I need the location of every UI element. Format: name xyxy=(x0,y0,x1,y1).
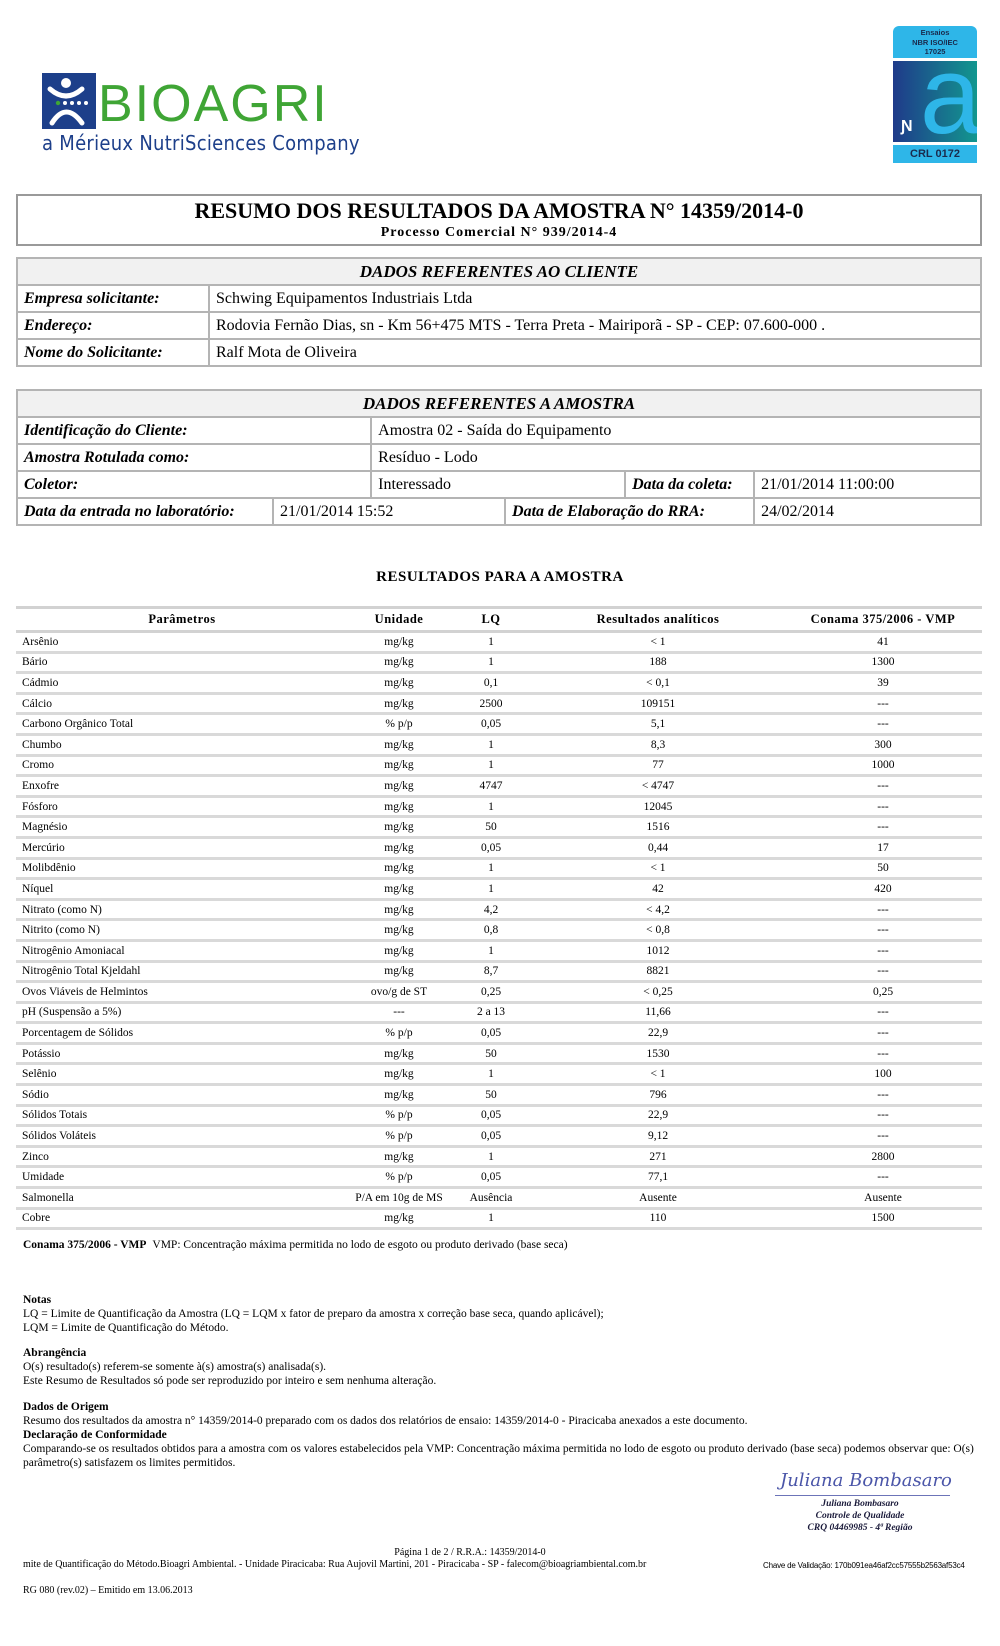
cell-param: Sódio xyxy=(16,1085,348,1106)
signature-line xyxy=(775,1495,950,1496)
cell-param: Cádmio xyxy=(16,673,348,694)
cell-vmp: --- xyxy=(784,1085,982,1106)
cell-param: Porcentagem de Sólidos xyxy=(16,1023,348,1044)
cell-param: Salmonella xyxy=(16,1188,348,1209)
cell-param: Mercúrio xyxy=(16,837,348,858)
results-table: Parâmetros Unidade LQ Resultados analíti… xyxy=(16,606,982,1230)
cell-result: 1012 xyxy=(532,940,784,961)
cell-param: Nitrogênio Total Kjeldahl xyxy=(16,961,348,982)
cell-vmp: --- xyxy=(784,714,982,735)
badge-header: Ensaios NBR ISO/IEC 17025 xyxy=(893,26,977,58)
cell-unit: mg/kg xyxy=(348,1043,450,1064)
cell-unit: mg/kg xyxy=(348,1064,450,1085)
col-unit: Unidade xyxy=(348,608,450,632)
cell-unit: mg/kg xyxy=(348,632,450,653)
note-line: LQ = Limite de Quantificação da Amostra … xyxy=(23,1307,604,1321)
cell-vmp: --- xyxy=(784,796,982,817)
cell-unit: mg/kg xyxy=(348,940,450,961)
cell-result: 1516 xyxy=(532,817,784,838)
cell-param: Nitrogênio Amoniacal xyxy=(16,940,348,961)
cell-unit: mg/kg xyxy=(348,673,450,694)
cell-result: Ausente xyxy=(532,1188,784,1209)
table-row: Magnésiomg/kg501516--- xyxy=(16,817,982,838)
origin-title: Dados de Origem xyxy=(23,1400,978,1414)
collector-value: Interessado xyxy=(371,471,625,498)
cell-lq: 2500 xyxy=(450,693,532,714)
cell-unit: % p/p xyxy=(348,1105,450,1126)
form-code: RG 080 (rev.02) – Emitido em 13.06.2013 xyxy=(23,1585,193,1596)
cell-unit: % p/p xyxy=(348,1126,450,1147)
cell-vmp: --- xyxy=(784,961,982,982)
client-data-heading: DADOS REFERENTES AO CLIENTE xyxy=(17,258,981,285)
cell-result: < 0,25 xyxy=(532,982,784,1003)
cell-vmp: --- xyxy=(784,899,982,920)
col-conama: Conama 375/2006 - VMP xyxy=(784,608,982,632)
table-row: Nitrato (como N)mg/kg4,2< 4,2--- xyxy=(16,899,982,920)
cell-result: 22,9 xyxy=(532,1023,784,1044)
signatory-registration: CRQ 04469985 - 4ª Região xyxy=(785,1522,935,1534)
table-row: Zincomg/kg12712800 xyxy=(16,1146,982,1167)
labeled-as-label: Amostra Rotulada como: xyxy=(17,444,371,471)
cell-unit: mg/kg xyxy=(348,776,450,797)
cell-vmp: --- xyxy=(784,776,982,797)
table-row: Selêniomg/kg1< 1100 xyxy=(16,1064,982,1085)
cell-lq: 1 xyxy=(450,632,532,653)
cell-param: Cromo xyxy=(16,755,348,776)
cell-result: 0,44 xyxy=(532,837,784,858)
address-label: Endereço: xyxy=(17,312,209,339)
cell-vmp: --- xyxy=(784,1167,982,1188)
cell-result: < 1 xyxy=(532,858,784,879)
report-title-box: RESUMO DOS RESULTADOS DA AMOSTRA N° 1435… xyxy=(16,194,982,246)
cell-vmp: 50 xyxy=(784,858,982,879)
signatory-name: Juliana Bombasaro xyxy=(785,1498,935,1510)
scope-line: O(s) resultado(s) referem-se somente à(s… xyxy=(23,1360,436,1374)
cell-param: pH (Suspensão a 5%) xyxy=(16,1002,348,1023)
cell-param: Carbono Orgânico Total xyxy=(16,714,348,735)
inmetro-a-icon: a Ɲ xyxy=(893,61,977,142)
cell-result: 110 xyxy=(532,1208,784,1229)
cell-unit: mg/kg xyxy=(348,837,450,858)
badge-code: CRL 0172 xyxy=(893,145,977,163)
table-row: Chumbomg/kg18,3300 xyxy=(16,734,982,755)
note-line: LQM = Limite de Quantificação do Método. xyxy=(23,1321,604,1335)
lab-entry-value: 21/01/2014 15:52 xyxy=(273,498,505,525)
cell-vmp: --- xyxy=(784,1023,982,1044)
cell-lq: 0,05 xyxy=(450,1126,532,1147)
table-row: SalmonellaP/A em 10g de MSAusênciaAusent… xyxy=(16,1188,982,1209)
collector-label: Coletor: xyxy=(17,471,371,498)
cell-unit: mg/kg xyxy=(348,1085,450,1106)
cell-vmp: 39 xyxy=(784,673,982,694)
cell-unit: mg/kg xyxy=(348,1208,450,1229)
conformity-text: Comparando-se os resultados obtidos para… xyxy=(23,1442,978,1470)
cell-result: 42 xyxy=(532,879,784,900)
scope-section: Abrangência O(s) resultado(s) referem-se… xyxy=(23,1346,436,1388)
cell-param: Enxofre xyxy=(16,776,348,797)
cell-param: Nitrato (como N) xyxy=(16,899,348,920)
cell-vmp: --- xyxy=(784,1002,982,1023)
cell-param: Ovos Viáveis de Helmintos xyxy=(16,982,348,1003)
col-parameters: Parâmetros xyxy=(16,608,348,632)
cell-vmp: 1500 xyxy=(784,1208,982,1229)
legend-term: Conama 375/2006 - VMP xyxy=(23,1239,146,1251)
labeled-as-value: Resíduo - Lodo xyxy=(371,444,981,471)
cell-lq: 1 xyxy=(450,755,532,776)
table-row: Nitrogênio Amoniacalmg/kg11012--- xyxy=(16,940,982,961)
cell-param: Cobre xyxy=(16,1208,348,1229)
table-row: Cálciomg/kg2500109151--- xyxy=(16,693,982,714)
cell-lq: 0,05 xyxy=(450,1167,532,1188)
inmetro-n-icon: Ɲ xyxy=(901,118,913,136)
table-row: Cobremg/kg11101500 xyxy=(16,1208,982,1229)
cell-result: 8821 xyxy=(532,961,784,982)
collection-date-label: Data da coleta: xyxy=(625,471,754,498)
cell-result: 77,1 xyxy=(532,1167,784,1188)
cell-unit: P/A em 10g de MS xyxy=(348,1188,450,1209)
cell-unit: --- xyxy=(348,1002,450,1023)
sample-data-heading: DADOS REFERENTES A AMOSTRA xyxy=(17,390,981,417)
cell-unit: mg/kg xyxy=(348,879,450,900)
origin-text: Resumo dos resultados da amostra n° 1435… xyxy=(23,1414,978,1428)
commercial-process: Processo Comercial N° 939/2014-4 xyxy=(18,224,980,242)
cell-vmp: --- xyxy=(784,1043,982,1064)
table-row: Cádmiomg/kg0,1< 0,139 xyxy=(16,673,982,694)
cell-vmp: --- xyxy=(784,920,982,941)
table-row: Ovos Viáveis de Helmintosovo/g de ST0,25… xyxy=(16,982,982,1003)
origin-section: Dados de Origem Resumo dos resultados da… xyxy=(23,1400,978,1470)
table-row: Umidade% p/p0,0577,1--- xyxy=(16,1167,982,1188)
cell-vmp: --- xyxy=(784,1105,982,1126)
table-row: Nitrogênio Total Kjeldahlmg/kg8,78821--- xyxy=(16,961,982,982)
cell-unit: mg/kg xyxy=(348,920,450,941)
cell-vmp: 0,25 xyxy=(784,982,982,1003)
cell-vmp: 420 xyxy=(784,879,982,900)
address-value: Rodovia Fernão Dias, sn - Km 56+475 MTS … xyxy=(209,312,981,339)
handwritten-signature: Juliana Bombasaro xyxy=(780,1470,952,1491)
cell-result: 12045 xyxy=(532,796,784,817)
cell-vmp: --- xyxy=(784,817,982,838)
table-row: Sólidos Voláteis% p/p0,059,12--- xyxy=(16,1126,982,1147)
rra-date-value: 24/02/2014 xyxy=(754,498,981,525)
table-row: Sódiomg/kg50796--- xyxy=(16,1085,982,1106)
cell-unit: ovo/g de ST xyxy=(348,982,450,1003)
cell-unit: % p/p xyxy=(348,1167,450,1188)
cell-result: 188 xyxy=(532,652,784,673)
company-label: Empresa solicitante: xyxy=(17,285,209,312)
cell-lq: 0,8 xyxy=(450,920,532,941)
company-value: Schwing Equipamentos Industriais Ltda xyxy=(209,285,981,312)
col-lq: LQ xyxy=(450,608,532,632)
signatory-role: Controle de Qualidade xyxy=(785,1510,935,1522)
cell-lq: 0,05 xyxy=(450,1023,532,1044)
table-row: Fósforomg/kg112045--- xyxy=(16,796,982,817)
rra-date-label: Data de Elaboração do RRA: xyxy=(505,498,754,525)
cell-vmp: Ausente xyxy=(784,1188,982,1209)
cell-param: Sólidos Totais xyxy=(16,1105,348,1126)
cell-unit: mg/kg xyxy=(348,858,450,879)
cell-param: Magnésio xyxy=(16,817,348,838)
conformity-title: Declaração de Conformidade xyxy=(23,1428,978,1442)
cell-result: < 0,1 xyxy=(532,673,784,694)
cell-result: 1530 xyxy=(532,1043,784,1064)
cell-lq: Ausência xyxy=(450,1188,532,1209)
cell-vmp: --- xyxy=(784,693,982,714)
table-row: Porcentagem de Sólidos% p/p0,0522,9--- xyxy=(16,1023,982,1044)
cell-lq: 8,7 xyxy=(450,961,532,982)
cell-lq: 1 xyxy=(450,652,532,673)
cell-result: 77 xyxy=(532,755,784,776)
page-number: Página 1 de 2 / R.R.A.: 14359/2014-0 xyxy=(0,1547,1000,1558)
scope-line: Este Resumo de Resultados só pode ser re… xyxy=(23,1374,436,1388)
cell-param: Umidade xyxy=(16,1167,348,1188)
table-row: Sólidos Totais% p/p0,0522,9--- xyxy=(16,1105,982,1126)
cell-result: < 0,8 xyxy=(532,920,784,941)
collection-date-value: 21/01/2014 11:00:00 xyxy=(754,471,981,498)
cell-result: < 1 xyxy=(532,1064,784,1085)
cell-result: < 4747 xyxy=(532,776,784,797)
cell-vmp: --- xyxy=(784,940,982,961)
cell-lq: 0,05 xyxy=(450,714,532,735)
table-row: Molibdêniomg/kg1< 150 xyxy=(16,858,982,879)
brand-name: BIOAGRI xyxy=(98,74,329,134)
cell-vmp: 41 xyxy=(784,632,982,653)
cell-result: 5,1 xyxy=(532,714,784,735)
cell-unit: mg/kg xyxy=(348,817,450,838)
table-row: Arsêniomg/kg1< 141 xyxy=(16,632,982,653)
cell-lq: 1 xyxy=(450,1208,532,1229)
notes-section: Notas LQ = Limite de Quantificação da Am… xyxy=(23,1293,604,1335)
cell-lq: 50 xyxy=(450,1043,532,1064)
cell-lq: 0,1 xyxy=(450,673,532,694)
col-results: Resultados analíticos xyxy=(532,608,784,632)
cell-param: Chumbo xyxy=(16,734,348,755)
vmp-legend: Conama 375/2006 - VMPVMP: Concentração m… xyxy=(23,1239,568,1251)
cell-lq: 1 xyxy=(450,940,532,961)
cell-param: Molibdênio xyxy=(16,858,348,879)
legend-definition: VMP: Concentração máxima permitida no lo… xyxy=(152,1239,567,1251)
table-row: Mercúriomg/kg0,050,4417 xyxy=(16,837,982,858)
brand-tagline: a Mérieux NutriSciences Company xyxy=(42,131,360,155)
cell-result: 109151 xyxy=(532,693,784,714)
client-id-value: Amostra 02 - Saída do Equipamento xyxy=(371,417,981,444)
cell-unit: mg/kg xyxy=(348,796,450,817)
cell-vmp: 1000 xyxy=(784,755,982,776)
cell-unit: % p/p xyxy=(348,714,450,735)
report-title: RESUMO DOS RESULTADOS DA AMOSTRA N° 1435… xyxy=(18,198,980,224)
table-row: Báriomg/kg11881300 xyxy=(16,652,982,673)
cell-unit: % p/p xyxy=(348,1023,450,1044)
cell-param: Arsênio xyxy=(16,632,348,653)
validation-key: Chave de Validação: 170b091ea46af2cc5755… xyxy=(763,1561,965,1570)
client-id-label: Identificação do Cliente: xyxy=(17,417,371,444)
cell-vmp: 17 xyxy=(784,837,982,858)
bioagri-logo-icon xyxy=(42,73,96,129)
cell-param: Bário xyxy=(16,652,348,673)
cell-lq: 1 xyxy=(450,796,532,817)
footer-address: mite de Quantificação do Método.Bioagri … xyxy=(23,1559,646,1570)
cell-param: Sólidos Voláteis xyxy=(16,1126,348,1147)
table-row: pH (Suspensão a 5%)---2 a 1311,66--- xyxy=(16,1002,982,1023)
cell-lq: 1 xyxy=(450,879,532,900)
cell-param: Cálcio xyxy=(16,693,348,714)
table-row: Potássiomg/kg501530--- xyxy=(16,1043,982,1064)
cell-lq: 0,05 xyxy=(450,1105,532,1126)
cell-param: Potássio xyxy=(16,1043,348,1064)
table-row: Enxofremg/kg4747< 4747--- xyxy=(16,776,982,797)
cell-unit: mg/kg xyxy=(348,734,450,755)
cell-unit: mg/kg xyxy=(348,899,450,920)
sample-data-table: DADOS REFERENTES A AMOSTRA Identificação… xyxy=(16,389,982,526)
cell-lq: 1 xyxy=(450,858,532,879)
cell-unit: mg/kg xyxy=(348,961,450,982)
cell-lq: 1 xyxy=(450,1064,532,1085)
cell-lq: 1 xyxy=(450,734,532,755)
cell-param: Zinco xyxy=(16,1146,348,1167)
cell-result: 8,3 xyxy=(532,734,784,755)
cell-result: < 1 xyxy=(532,632,784,653)
cell-lq: 4,2 xyxy=(450,899,532,920)
cell-param: Fósforo xyxy=(16,796,348,817)
cell-unit: mg/kg xyxy=(348,693,450,714)
table-row: Níquelmg/kg142420 xyxy=(16,879,982,900)
cell-param: Nitrito (como N) xyxy=(16,920,348,941)
cell-vmp: 100 xyxy=(784,1064,982,1085)
cell-result: < 4,2 xyxy=(532,899,784,920)
cell-result: 271 xyxy=(532,1146,784,1167)
scope-title: Abrangência xyxy=(23,1346,436,1360)
cell-lq: 1 xyxy=(450,1146,532,1167)
cell-vmp: --- xyxy=(784,1126,982,1147)
cell-lq: 4747 xyxy=(450,776,532,797)
table-row: Carbono Orgânico Total% p/p0,055,1--- xyxy=(16,714,982,735)
cell-lq: 50 xyxy=(450,1085,532,1106)
table-row: Cromomg/kg1771000 xyxy=(16,755,982,776)
accreditation-badge: Ensaios NBR ISO/IEC 17025 a Ɲ CRL 0172 xyxy=(893,26,977,166)
signatory-info: Juliana Bombasaro Controle de Qualidade … xyxy=(785,1498,935,1534)
results-heading: RESULTADOS PARA A AMOSTRA xyxy=(0,569,1000,586)
client-data-table: DADOS REFERENTES AO CLIENTE Empresa soli… xyxy=(16,257,982,367)
results-header-row: Parâmetros Unidade LQ Resultados analíti… xyxy=(16,608,982,632)
cell-result: 796 xyxy=(532,1085,784,1106)
cell-lq: 50 xyxy=(450,817,532,838)
cell-unit: mg/kg xyxy=(348,652,450,673)
lab-entry-label: Data da entrada no laboratório: xyxy=(17,498,273,525)
signature-block: Juliana Bombasaro Juliana Bombasaro Cont… xyxy=(775,1470,975,1540)
cell-lq: 0,05 xyxy=(450,837,532,858)
cell-result: 11,66 xyxy=(532,1002,784,1023)
cell-lq: 2 a 13 xyxy=(450,1002,532,1023)
notes-title: Notas xyxy=(23,1293,604,1307)
cell-param: Níquel xyxy=(16,879,348,900)
requester-value: Ralf Mota de Oliveira xyxy=(209,339,981,366)
table-row: Nitrito (como N)mg/kg0,8< 0,8--- xyxy=(16,920,982,941)
cell-lq: 0,25 xyxy=(450,982,532,1003)
cell-param: Selênio xyxy=(16,1064,348,1085)
cell-result: 22,9 xyxy=(532,1105,784,1126)
cell-unit: mg/kg xyxy=(348,1146,450,1167)
requester-label: Nome do Solicitante: xyxy=(17,339,209,366)
cell-vmp: 2800 xyxy=(784,1146,982,1167)
cell-vmp: 1300 xyxy=(784,652,982,673)
cell-vmp: 300 xyxy=(784,734,982,755)
cell-result: 9,12 xyxy=(532,1126,784,1147)
cell-unit: mg/kg xyxy=(348,755,450,776)
